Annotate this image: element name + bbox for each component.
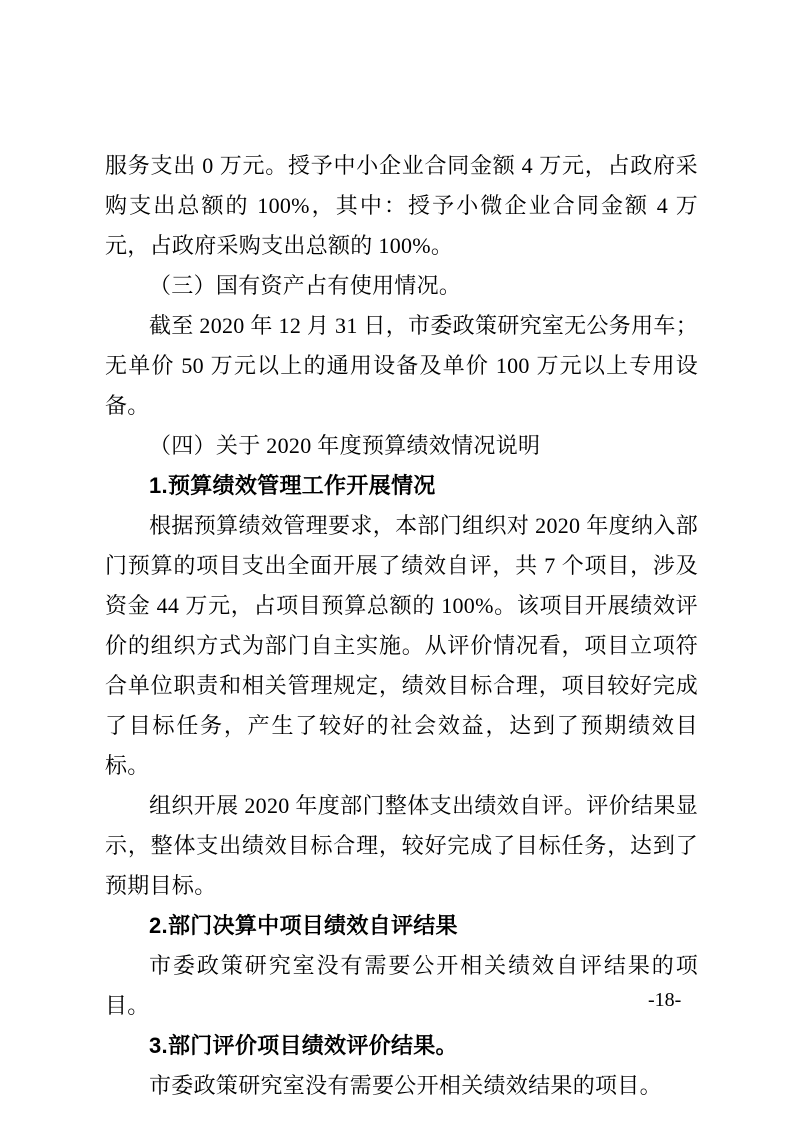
paragraph-procurement-continuation: 服务支出 0 万元。授予中小企业合同金额 4 万元，占政府采购支出总额的 100… <box>105 146 698 266</box>
page-number: -18- <box>648 988 681 1012</box>
section-heading-1: 1.预算绩效管理工作开展情况 <box>105 466 698 506</box>
section-heading-3: 3.部门评价项目绩效评价结果。 <box>105 1026 698 1066</box>
paragraph-state-assets: 截至 2020 年 12 月 31 日，市委政策研究室无公务用车；无单价 50 … <box>105 306 698 426</box>
paragraph-no-self-evaluation-projects: 市委政策研究室没有需要公开相关绩效自评结果的项目。 <box>105 946 698 1026</box>
paragraph-section-3-title: （三）国有资产占有使用情况。 <box>105 266 698 306</box>
document-body: 服务支出 0 万元。授予中小企业合同金额 4 万元，占政府采购支出总额的 100… <box>105 146 698 1106</box>
paragraph-section-4-title: （四）关于 2020 年度预算绩效情况说明 <box>105 426 698 466</box>
paragraph-overall-expenditure-evaluation: 组织开展 2020 年度部门整体支出绩效自评。评价结果显示，整体支出绩效目标合理… <box>105 786 698 906</box>
document-page: 服务支出 0 万元。授予中小企业合同金额 4 万元，占政府采购支出总额的 100… <box>0 0 793 1122</box>
paragraph-performance-self-evaluation: 根据预算绩效管理要求，本部门组织对 2020 年度纳入部门预算的项目支出全面开展… <box>105 506 698 786</box>
section-heading-2: 2.部门决算中项目绩效自评结果 <box>105 906 698 946</box>
paragraph-no-evaluation-result-projects: 市委政策研究室没有需要公开相关绩效结果的项目。 <box>105 1066 698 1106</box>
